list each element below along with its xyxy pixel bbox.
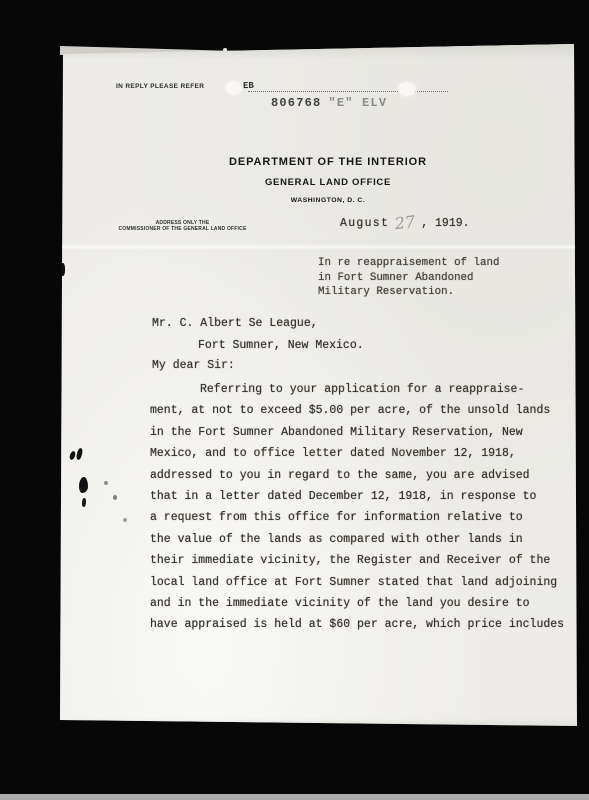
body-line: in the Fort Sumner Abandoned Military Re…: [150, 422, 564, 443]
letterhead-city: WASHINGTON, D. C.: [178, 197, 478, 204]
ink-mark: [60, 263, 65, 276]
subject-line: In re reappraisement of land: [318, 256, 499, 271]
body-line: have appraised is held at $60 per acre, …: [150, 614, 564, 635]
body-line: addressed to you in regard to the same, …: [150, 465, 564, 486]
scanned-letter-page: IN REPLY PLEASE REFER EB 806768"E" ELV D…: [60, 44, 577, 728]
reference-stamp-mark: EB: [243, 81, 254, 91]
body-line: a request from this office for informati…: [150, 507, 564, 528]
paper-crease: [60, 244, 577, 250]
file-number-stamp: 806768"E" ELV: [271, 96, 387, 110]
body-line: and in the immediate vicinity of the lan…: [150, 593, 564, 614]
body-line: their immediate vicinity, the Register a…: [150, 550, 564, 571]
salutation: My dear Sir:: [152, 359, 235, 372]
file-number: 806768: [271, 96, 321, 110]
ink-mark: [76, 448, 84, 461]
ink-blot: [82, 498, 87, 507]
ink-fleck: [113, 495, 117, 500]
file-number-suffix: "E" ELV: [328, 96, 387, 110]
body-line: Mexico, and to office letter dated Novem…: [150, 443, 564, 464]
subject-block: In re reappraisement of land in Fort Sum…: [318, 256, 499, 300]
date-month: August: [340, 217, 389, 230]
reply-reference-label: IN REPLY PLEASE REFER: [116, 83, 204, 90]
reference-dotted-line: [248, 84, 448, 92]
whiteout-blob: [398, 82, 416, 96]
ink-blot: [79, 477, 88, 493]
letter-body: Referring to your application for a reap…: [150, 379, 564, 636]
letterhead-office: GENERAL LAND OFFICE: [178, 177, 478, 188]
subject-line: Military Reservation.: [318, 285, 499, 300]
whiteout-blob: [225, 81, 242, 95]
ink-mark: [69, 450, 77, 460]
body-line: ment, at not to exceed $5.00 per acre, o…: [150, 400, 564, 421]
body-line: local land office at Fort Sumner stated …: [150, 572, 564, 593]
subject-line: in Fort Sumner Abandoned: [318, 271, 499, 286]
address-only-note: ADDRESS ONLY THE COMMISSIONER OF THE GEN…: [105, 220, 260, 232]
ink-fleck: [104, 481, 108, 485]
recipient-address: Fort Sumner, New Mexico.: [198, 339, 364, 352]
body-line: the value of the lands as compared with …: [150, 529, 564, 550]
date-year: , 1919.: [421, 217, 469, 230]
body-line: Referring to your application for a reap…: [150, 379, 564, 400]
body-line: that in a letter dated December 12, 1918…: [150, 486, 564, 507]
ink-fleck: [123, 518, 127, 522]
handwritten-day: 27: [388, 211, 422, 234]
scanner-edge-strip: [0, 794, 589, 800]
date-line: August27, 1919.: [340, 213, 470, 232]
letterhead-department: DEPARTMENT OF THE INTERIOR: [178, 156, 478, 168]
recipient-name: Mr. C. Albert Se League,: [152, 317, 318, 330]
address-note-line2: COMMISSIONER OF THE GENERAL LAND OFFICE: [105, 226, 260, 232]
